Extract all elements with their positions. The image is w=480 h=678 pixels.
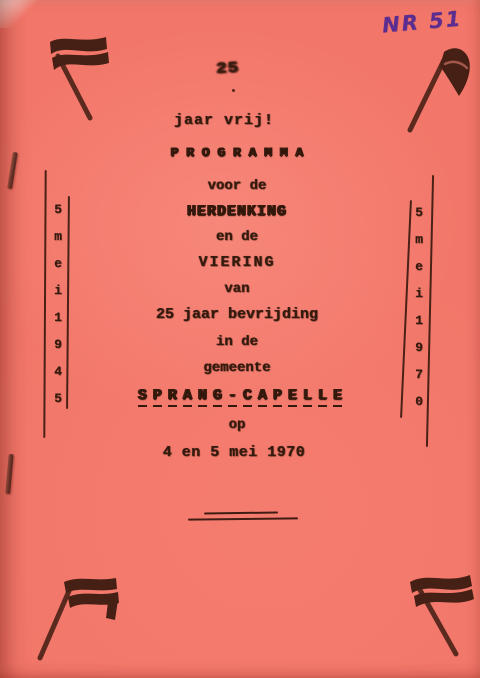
ink-speck [232, 89, 235, 92]
line-jaar-vrij: jaar vrij! [0, 112, 464, 129]
title-sprang-capelle: SPRANG-CAPELLE [0, 387, 480, 407]
date-line: 4 en 5 mei 1970 [0, 444, 474, 461]
line-in-de: in de [0, 334, 477, 350]
flag-stamp-icon-bottom-left [28, 574, 124, 662]
double-rule-bottom [188, 517, 298, 520]
right-date-column: 5mei1970 [410, 206, 428, 408]
line-voor-de: voor de [0, 178, 477, 194]
title-viering: VIERING [0, 254, 477, 271]
line-en-de: en de [0, 229, 477, 245]
handwritten-number: NR 51 [381, 7, 463, 38]
line-gemeente: gemeente [0, 360, 477, 376]
title-herdenking: HERDENKING [0, 203, 477, 220]
paper-corner-highlight [0, 0, 44, 28]
booklet-cover-page: NR 51 25 jaar vrij! P R O G R A M M A vo… [0, 0, 480, 678]
line-op: op [0, 417, 477, 433]
double-rule-top [204, 511, 278, 514]
title-programma: P R O G R A M M A [0, 145, 477, 160]
flag-stamp-icon-bottom-right [396, 570, 480, 660]
left-date-column: 5mei1945 [49, 203, 67, 405]
